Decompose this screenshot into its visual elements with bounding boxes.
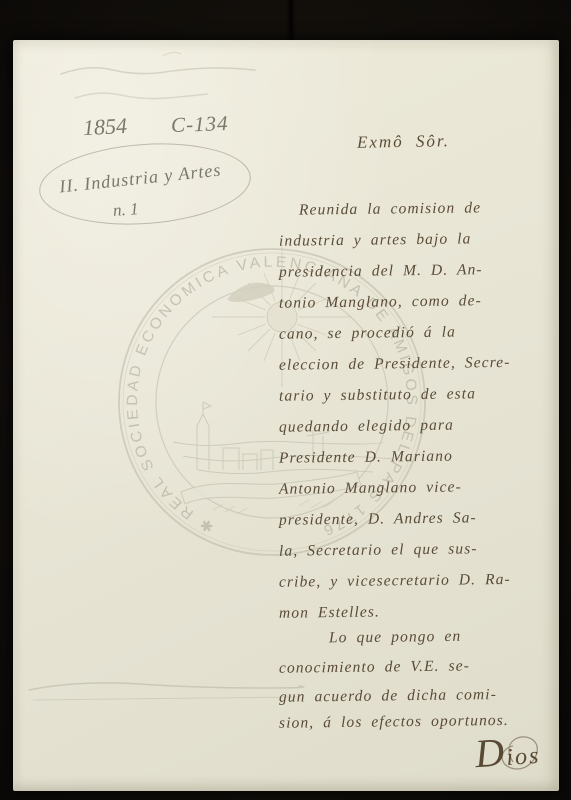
letter-line: presidente, D. Andres Sa- (279, 508, 559, 529)
letter-line: tario y substituto de esta (279, 384, 559, 405)
ghost-writing-middle (29, 683, 304, 700)
letter-line: presidencia del M. D. An- (279, 260, 559, 281)
letter-line: gun acuerdo de dicha comi- (279, 685, 559, 706)
cloud-shape (228, 283, 275, 302)
letter-salutation: Exmô Sôr. (357, 131, 450, 153)
letter-line: Antonio Manglano vice- (279, 477, 559, 498)
letter-line: Presidente D. Mariano (279, 446, 559, 467)
letter-line: eleccion de Presidente, Secre- (279, 353, 559, 374)
buildings-drawing (223, 448, 273, 470)
archive-year: 1854 (82, 113, 127, 141)
letter-line: Reunida la comision de (279, 198, 559, 220)
backing-fold-crease (286, 0, 296, 42)
scanned-letter-photograph: { "scene": { "background_color": "#110f0… (0, 0, 571, 800)
archive-code: C-134 (171, 111, 229, 138)
letter-line: mon Estelles. (279, 601, 559, 622)
ghost-writing-top (61, 52, 255, 98)
letter-line: tonio Manglano, como de- (279, 291, 559, 312)
letter-closing-word: Dios (473, 726, 541, 777)
letter-line: la, Secretario el que sus- (279, 539, 559, 560)
tower-drawing (197, 402, 211, 470)
letter-line: cribe, y vicesecretario D. Ra- (279, 570, 559, 591)
letter-page: ✱ REAL SOCIEDAD ECONOMICA VALENCIANA DE … (13, 40, 559, 791)
letter-line: industria y artes bajo la (279, 229, 559, 250)
archive-number: n. 1 (112, 199, 139, 221)
letter-line: quedando elegido para (279, 415, 559, 436)
letter-line: conocimiento de V.E. se- (279, 656, 559, 677)
letter-line: cano, se procedió á la (279, 322, 559, 343)
letter-line: Lo que pongo en (279, 626, 559, 648)
